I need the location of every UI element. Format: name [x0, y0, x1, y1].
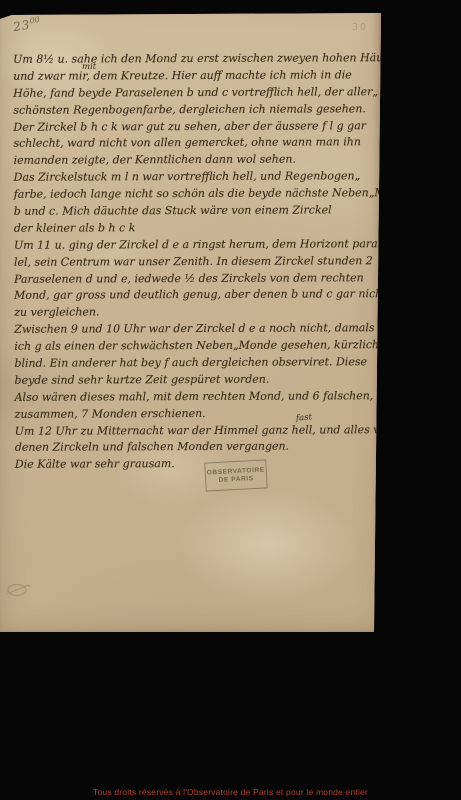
pencil-flourish-icon	[4, 580, 32, 600]
interlinear-insertion: mit	[82, 62, 96, 72]
manuscript-line: denen Zirckeln und falschen Monden verga…	[15, 439, 373, 457]
manuscript-line: Um 8½ u. sahe ich den Mond zu erst zwisc…	[13, 50, 371, 68]
manuscript-line: und zwar mir, dem Kreutze. Hier auff mac…	[13, 67, 371, 85]
manuscript-page: 2300 30 Um 8½ u. sahe ich den Mond zu er…	[0, 0, 382, 633]
manuscript-line: der kleiner als b h c k	[14, 219, 372, 237]
manuscript-line: Das Zirckelstuck m l n war vortrefflich …	[14, 168, 372, 186]
manuscript-line: ich g als einen der schwächsten Neben„Mo…	[14, 337, 372, 355]
stamp-line-2: DE PARIS	[219, 475, 254, 485]
copyright-caption: Tous droits réservés à l'Observatoire de…	[0, 787, 461, 797]
manuscript-line: beyde sind sehr kurtze Zeit gespüret wor…	[14, 371, 372, 389]
observatory-stamp: OBSERVATOIRE DE PARIS	[204, 459, 267, 491]
manuscript-line: Um 11 u. ging der Zirckel d e a ringst h…	[14, 236, 372, 254]
manuscript-line: Um 12 Uhr zu Mitternacht war der Himmel …	[15, 422, 373, 440]
manuscript-line: farbe, iedoch lange nicht so schön als d…	[14, 185, 372, 203]
manuscript-line: lel, sein Centrum war unser Zenith. In d…	[14, 253, 372, 271]
page-number: 30	[352, 22, 368, 33]
interlinear-insertion: fast	[296, 412, 313, 423]
shelfmark-superscript: 00	[29, 15, 40, 25]
manuscript-line: b und c. Mich däuchte das Stuck wäre von…	[14, 202, 372, 220]
manuscript-line: schönsten Regenbogenfarbe, dergleichen i…	[13, 101, 371, 119]
manuscript-text: Um 8½ u. sahe ich den Mond zu erst zwisc…	[13, 50, 373, 474]
scan-viewer: 2300 30 Um 8½ u. sahe ich den Mond zu er…	[0, 0, 461, 800]
manuscript-line: Zwischen 9 und 10 Uhr war der Zirckel d …	[14, 320, 372, 338]
manuscript-line: Der Zirckel b h c k war gut zu sehen, ab…	[13, 118, 371, 136]
manuscript-line: zu vergleichen.	[14, 304, 372, 322]
manuscript-line: Also wären dieses mahl, mit dem rechten …	[15, 388, 373, 406]
manuscript-line: iemanden zeigte, der Kenntlichen dann wo…	[14, 152, 372, 170]
manuscript-line: Paraselenen d und e, iedwede ½ des Zirck…	[14, 270, 372, 288]
manuscript-line: Die Kälte war sehr grausam.	[15, 456, 373, 474]
shelfmark-annotation: 2300	[12, 15, 41, 34]
manuscript-line: schlecht, ward nicht von allen gemercket…	[13, 135, 371, 153]
manuscript-line: blind. Ein anderer hat bey f auch dergle…	[14, 354, 372, 372]
manuscript-line: Höhe, fand beyde Paraselenen b und c vor…	[13, 84, 371, 102]
manuscript-line: zusammen, 7 Monden erschienen.	[15, 405, 373, 423]
manuscript-line: Mond, gar gross und deutlich genug, aber…	[14, 287, 372, 305]
